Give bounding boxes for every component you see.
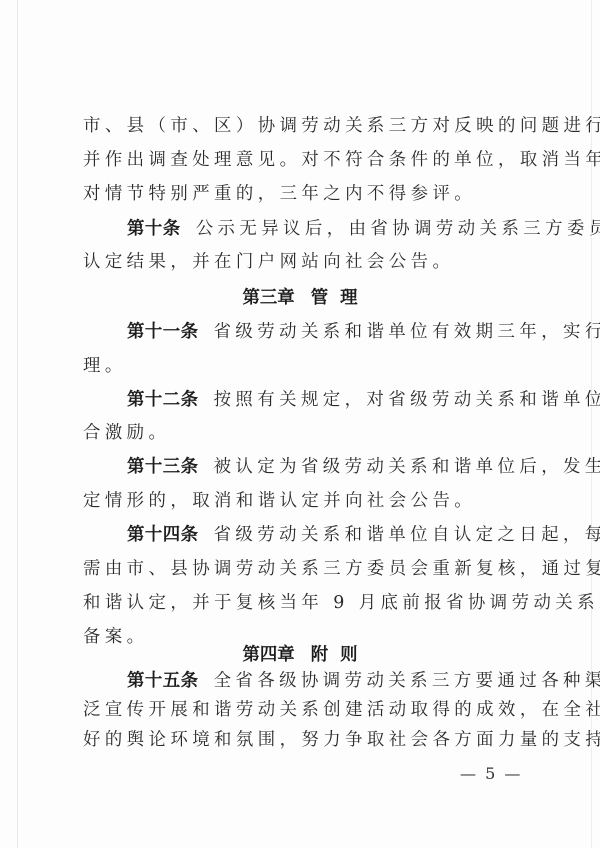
paragraph-line: 市、县（市、区）协调劳动关系三方对反映的问题进行调查核实， bbox=[83, 113, 523, 139]
paragraph-line: 对情节特别严重的，三年之内不得参评。 bbox=[83, 181, 523, 207]
chapter-title: 管 bbox=[311, 288, 328, 308]
article-10: 第十条公示无异议后，由省协调劳动关系三方委员会发布 bbox=[127, 216, 523, 242]
paragraph-line: 泛宣传开展和谐劳动关系创建活动取得的成效，在全社会营造良 bbox=[83, 697, 523, 723]
article-label: 第十五条 bbox=[127, 671, 199, 691]
page-edge bbox=[17, 0, 18, 848]
chapter-number: 第三章 bbox=[243, 288, 295, 308]
paragraph-line: 好的舆论环境和氛围，努力争取社会各方面力量的支持和参与。 bbox=[83, 727, 523, 753]
chapter-number: 第四章 bbox=[243, 645, 295, 665]
article-text: 按照有关规定，对省级劳动关系和谐单位开展联 bbox=[214, 390, 600, 410]
article-14: 第十四条省级劳动关系和谐单位自认定之日起，每满三年 bbox=[127, 522, 523, 548]
article-text: 被认定为省级劳动关系和谐单位后，发生相关否 bbox=[214, 457, 600, 477]
chapter-heading: 第四章附则 bbox=[0, 642, 600, 668]
article-label: 第十条 bbox=[127, 219, 181, 239]
article-text: 全省各级协调劳动关系三方要通过各种渠道广 bbox=[214, 671, 600, 691]
article-11: 第十一条省级劳动关系和谐单位有效期三年，实行动态管 bbox=[127, 319, 523, 345]
chapter-title: 附 bbox=[311, 645, 328, 665]
article-text: 公示无异议后，由省协调劳动关系三方委员会发布 bbox=[196, 219, 600, 239]
article-label: 第十三条 bbox=[127, 457, 199, 477]
article-text: 省级劳动关系和谐单位自认定之日起，每满三年 bbox=[214, 525, 600, 545]
article-13: 第十三条被认定为省级劳动关系和谐单位后，发生相关否 bbox=[127, 454, 523, 480]
paragraph-line: 合激励。 bbox=[83, 420, 523, 446]
article-15: 第十五条全省各级协调劳动关系三方要通过各种渠道广 bbox=[127, 668, 523, 694]
chapter-title: 则 bbox=[340, 645, 357, 665]
paragraph-line: 认定结果，并在门户网站向社会公告。 bbox=[83, 249, 523, 275]
chapter-heading: 第三章管理 bbox=[0, 285, 600, 311]
article-text: 省级劳动关系和谐单位有效期三年，实行动态管 bbox=[214, 322, 600, 342]
paragraph-line: 定情形的，取消和谐认定并向社会公告。 bbox=[83, 488, 523, 514]
chapter-title: 理 bbox=[340, 288, 357, 308]
paragraph-line: 和谐认定，并于复核当年 9 月底前报省协调劳动关系三方委员会 bbox=[83, 590, 523, 616]
paragraph-line: 需由市、县协调劳动关系三方委员会重新复核，通过复核的保留 bbox=[83, 556, 523, 582]
article-12: 第十二条按照有关规定，对省级劳动关系和谐单位开展联 bbox=[127, 387, 523, 413]
paragraph-line: 并作出调查处理意见。对不符合条件的单位，取消当年参评资格； bbox=[83, 147, 523, 173]
article-label: 第十一条 bbox=[127, 322, 199, 342]
page-number: — 5 — bbox=[460, 764, 522, 784]
paragraph-line: 理。 bbox=[83, 353, 523, 379]
article-label: 第十二条 bbox=[127, 390, 199, 410]
article-label: 第十四条 bbox=[127, 525, 199, 545]
